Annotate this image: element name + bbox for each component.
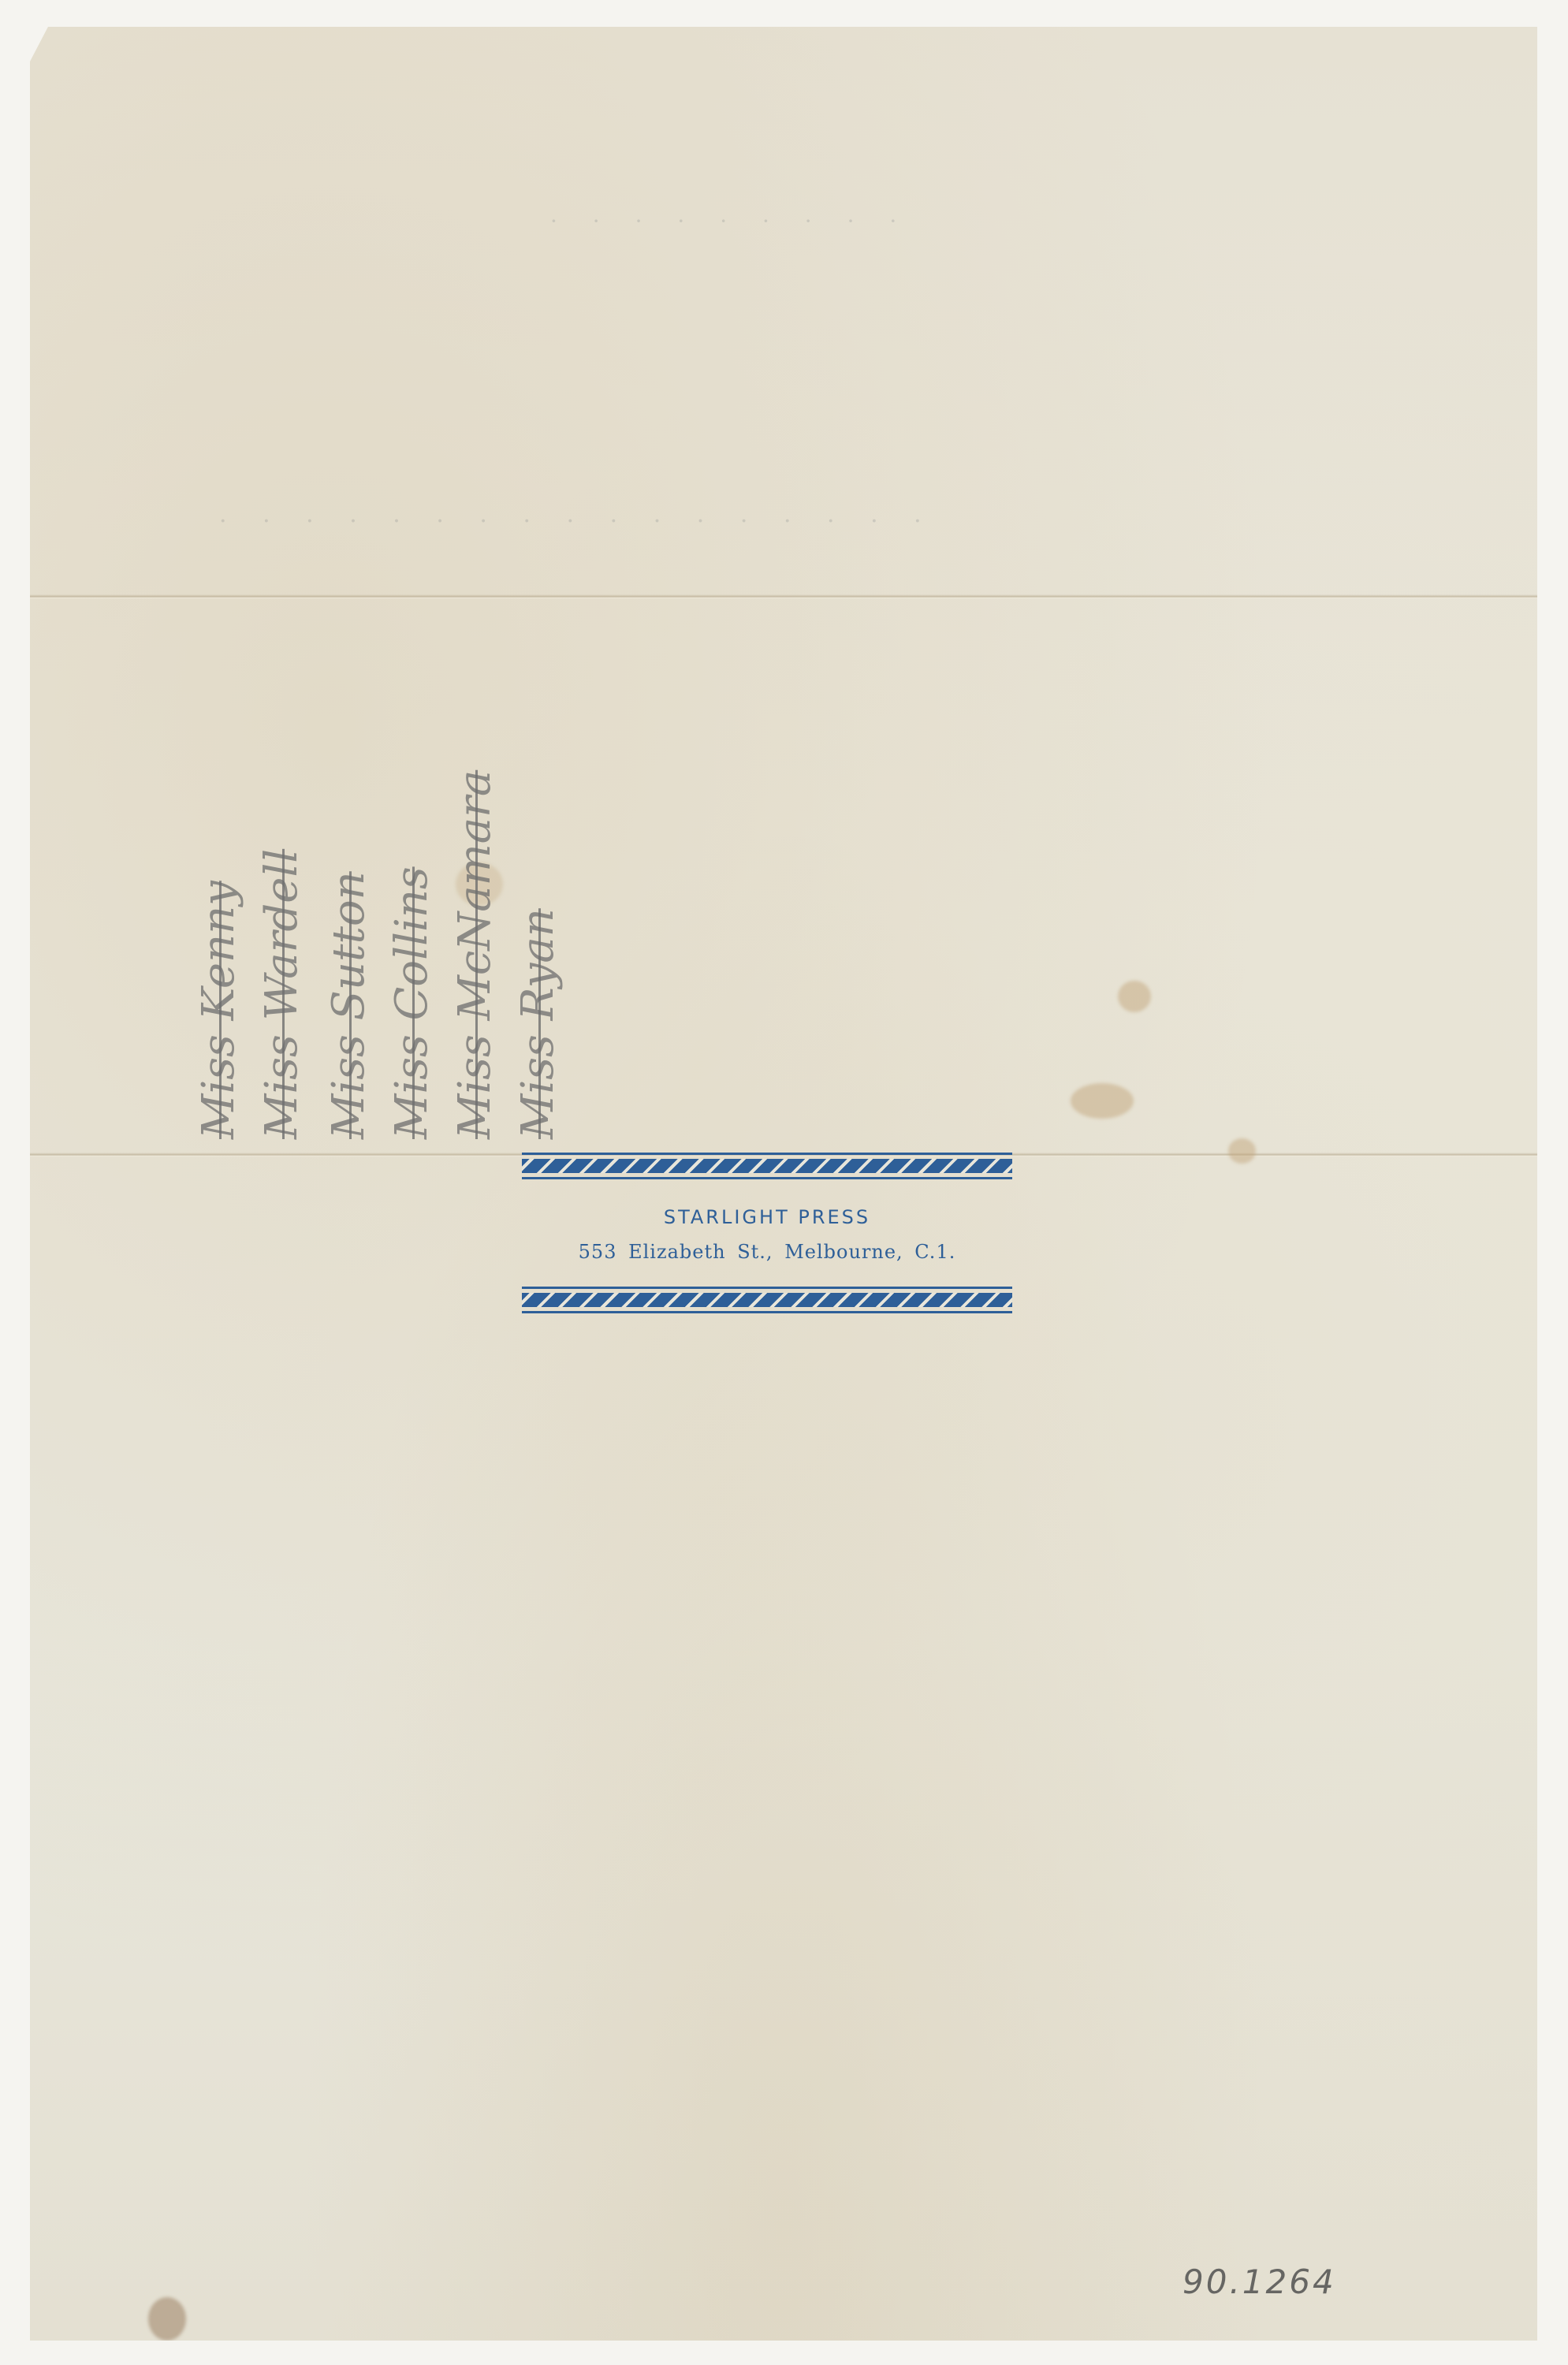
chain-border-bottom	[522, 1287, 1012, 1313]
pencil-note-text: Miss Collins	[386, 866, 438, 1139]
stain-mark	[1118, 981, 1151, 1012]
chain-border-top	[522, 1153, 1012, 1179]
chain-pattern	[522, 1159, 1012, 1173]
pencil-note-line: Miss Sutton	[323, 871, 374, 1139]
pencil-note-line: Miss McNamara	[449, 770, 501, 1139]
pencil-note-line: Miss Ryan	[512, 908, 564, 1139]
border-rule	[522, 1311, 1012, 1313]
pencil-note-text: Miss Kenny	[193, 881, 244, 1139]
pencil-note-line: Miss Kenny	[193, 881, 244, 1139]
press-name: STARLIGHT PRESS	[522, 1206, 1012, 1228]
stain-mark	[1228, 1138, 1256, 1164]
pencil-note-text: Miss McNamara	[449, 770, 501, 1139]
catalog-number: 90.1264	[1183, 2263, 1336, 2301]
pencil-note-text: Miss Sutton	[323, 871, 374, 1139]
bleed-through-print: · · · · · · · · ·	[550, 208, 911, 234]
pencil-note-text: Miss Ryan	[512, 908, 564, 1139]
printer-imprint: STARLIGHT PRESS 553 Elizabeth St., Melbo…	[522, 1153, 1012, 1313]
chain-pattern	[522, 1293, 1012, 1307]
border-rule	[522, 1287, 1012, 1289]
pencil-note-line: Miss Wardell	[256, 849, 307, 1139]
fold-line-upper	[30, 594, 1537, 599]
border-rule	[522, 1153, 1012, 1155]
pencil-note-line: Miss Collins	[386, 866, 438, 1139]
pencil-name-list: Miss Kenny Miss Wardell Miss Sutton Miss…	[197, 713, 639, 1139]
pencil-note-text: Miss Wardell	[256, 849, 307, 1139]
bleed-through-print: · · · · · · · · · · · · · · · · ·	[219, 508, 936, 535]
border-rule	[522, 1177, 1012, 1179]
press-address: 553 Elizabeth St., Melbourne, C.1.	[522, 1241, 1012, 1263]
stain-mark	[1071, 1083, 1134, 1119]
stain-mark	[148, 2297, 186, 2341]
